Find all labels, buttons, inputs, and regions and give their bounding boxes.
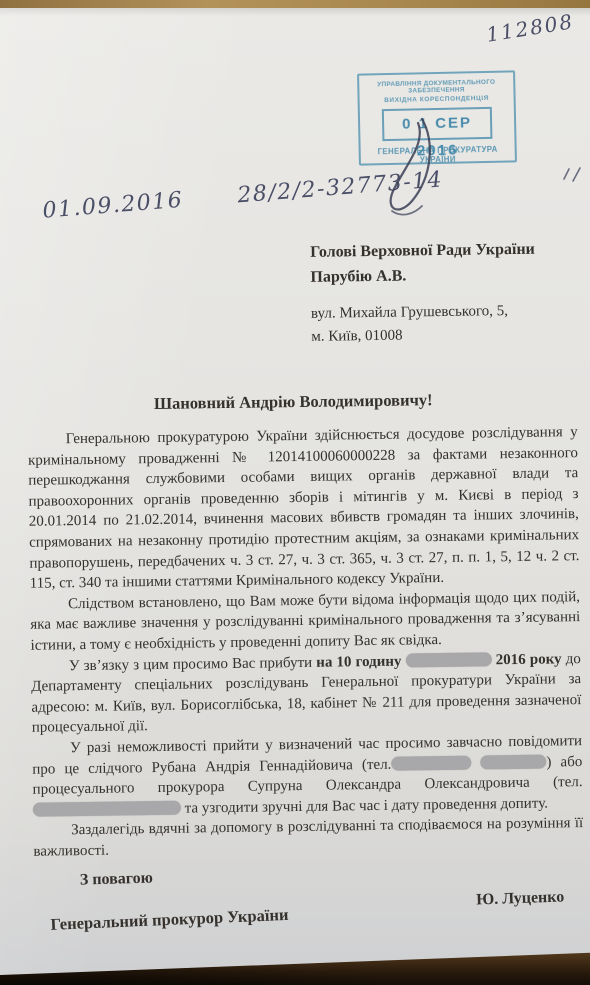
recipient-block: Голові Верховної Ради України Парубію А.… (310, 236, 576, 349)
letter-paragraph: Заздалегідь вдячні за допомогу в розслід… (33, 813, 584, 862)
redaction-blob (391, 755, 471, 770)
letter-paragraph: У зв’язку з цим просимо Вас прибути на 1… (31, 649, 582, 739)
signatory-name: Ю. Луценко (476, 888, 565, 909)
letter-body: Генеральною прокуратурою України здійсню… (28, 422, 584, 862)
letter-content: Голові Верховної Ради України Парубію А.… (0, 0, 590, 985)
recipient-address-line2: м. Київ, 01008 (311, 322, 576, 349)
pen-check-mark-icon (560, 165, 586, 191)
salutation: Шановний Андрію Володимировичу! (27, 388, 559, 415)
redaction-blob (480, 754, 546, 769)
recipient-title: Голові Верховної Ради України (310, 236, 575, 265)
document-photo: 112808 УПРАВЛІННЯ ДОКУМЕНТАЛЬНОГО ЗАБЕЗП… (0, 0, 590, 985)
signature-scribble-icon (372, 115, 462, 225)
redaction-blob (33, 800, 181, 816)
letter-paragraph: Генеральною прокуратурою України здійсню… (28, 422, 580, 594)
redaction-blob (406, 652, 492, 667)
recipient-name: Парубію А.В. (310, 261, 575, 290)
letter-paragraph: У разі неможливості прийти у визначений … (32, 731, 583, 821)
letter-paragraph: Слідством встановлено, що Вам може бути … (30, 587, 581, 656)
signatory-title: Генеральний прокурор України (50, 905, 289, 935)
closing-regards: З повагою (80, 870, 153, 890)
